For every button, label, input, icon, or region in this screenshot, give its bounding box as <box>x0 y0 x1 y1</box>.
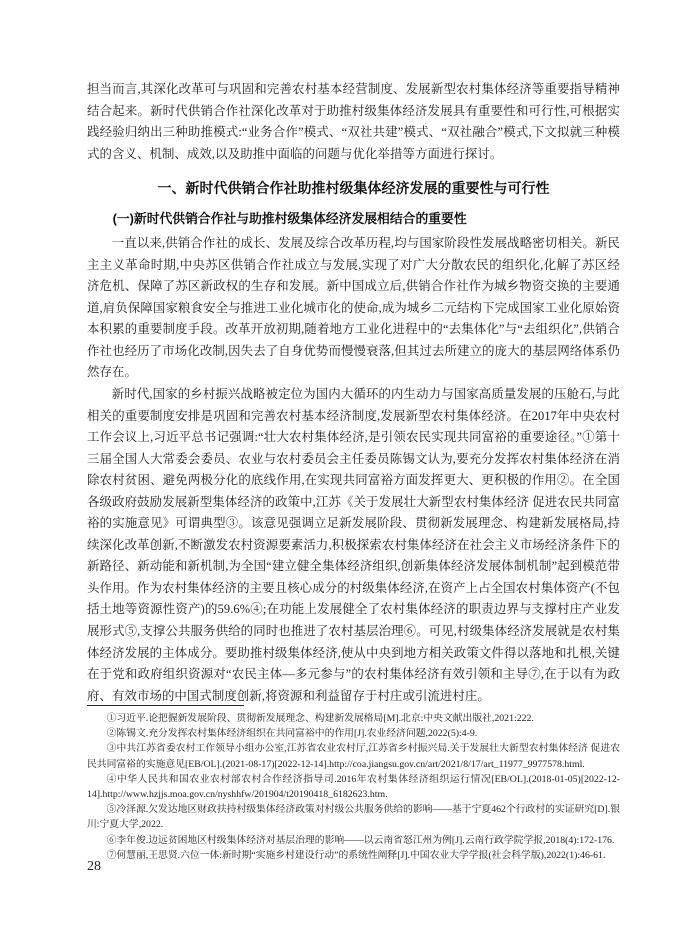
body-paragraph-continuation: 担当而言,其深化改革可与巩固和完善农村基本经营制度、发展新型农村集体经济等重要指… <box>87 79 620 165</box>
footnote-item: ④中华人民共和国农业农村部农村合作经济指导司.2016年农村集体经济组织运行情况… <box>87 772 620 802</box>
footnote-separator-rule <box>87 705 244 706</box>
section-heading: 一、新时代供销合作社助推村级集体经济发展的重要性与可行性 <box>87 177 620 199</box>
page-number: 28 <box>87 858 101 876</box>
body-paragraph: 一直以来,供销合作社的成长、发展及综合改革历程,均与国家阶段性发展战略密切相关。… <box>87 233 620 384</box>
footnotes-section: ①习近平.论把握新发展阶段、贯彻新发展理念、构建新发展格局[M].北京:中央文献… <box>87 703 620 863</box>
footnote-item: ⑥李年俊.边远贫困地区村级集体经济对基层治理的影响——以云南省怒江州为例[J].… <box>87 833 620 848</box>
footnote-item: ③中共江苏省委农村工作领导小组办公室,江苏省农业农村厅,江苏省乡村振兴局.关于发… <box>87 741 620 771</box>
body-content: 担当而言,其深化改革可与巩固和完善农村基本经营制度、发展新型农村集体经济等重要指… <box>87 79 620 704</box>
footnote-item: ⑤冷泽源.欠发达地区财政扶持村级集体经济政策对村级公共服务供给的影响——基于宁夏… <box>87 802 620 832</box>
subsection-heading: (一)新时代供销合作社与助推村级集体经济发展相结合的重要性 <box>87 208 620 230</box>
footnote-item: ①习近平.论把握新发展阶段、贯彻新发展理念、构建新发展格局[M].北京:中央文献… <box>87 711 620 726</box>
footnote-item: ⑦何慧丽,王思贤.六位一体:新时期“实施乡村建设行动”的系统性阐释[J].中国农… <box>87 848 620 863</box>
body-paragraph: 新时代,国家的乡村振兴战略被定位为国内大循环的内生动力与国家高质量发展的压舱石,… <box>87 384 620 704</box>
footnote-item: ②陈锡文.充分发挥农村集体经济组织在共同富裕中的作用[J].农业经济问题,202… <box>87 726 620 741</box>
document-page: 担当而言,其深化改革可与巩固和完善农村基本经营制度、发展新型农村集体经济等重要指… <box>0 0 700 943</box>
